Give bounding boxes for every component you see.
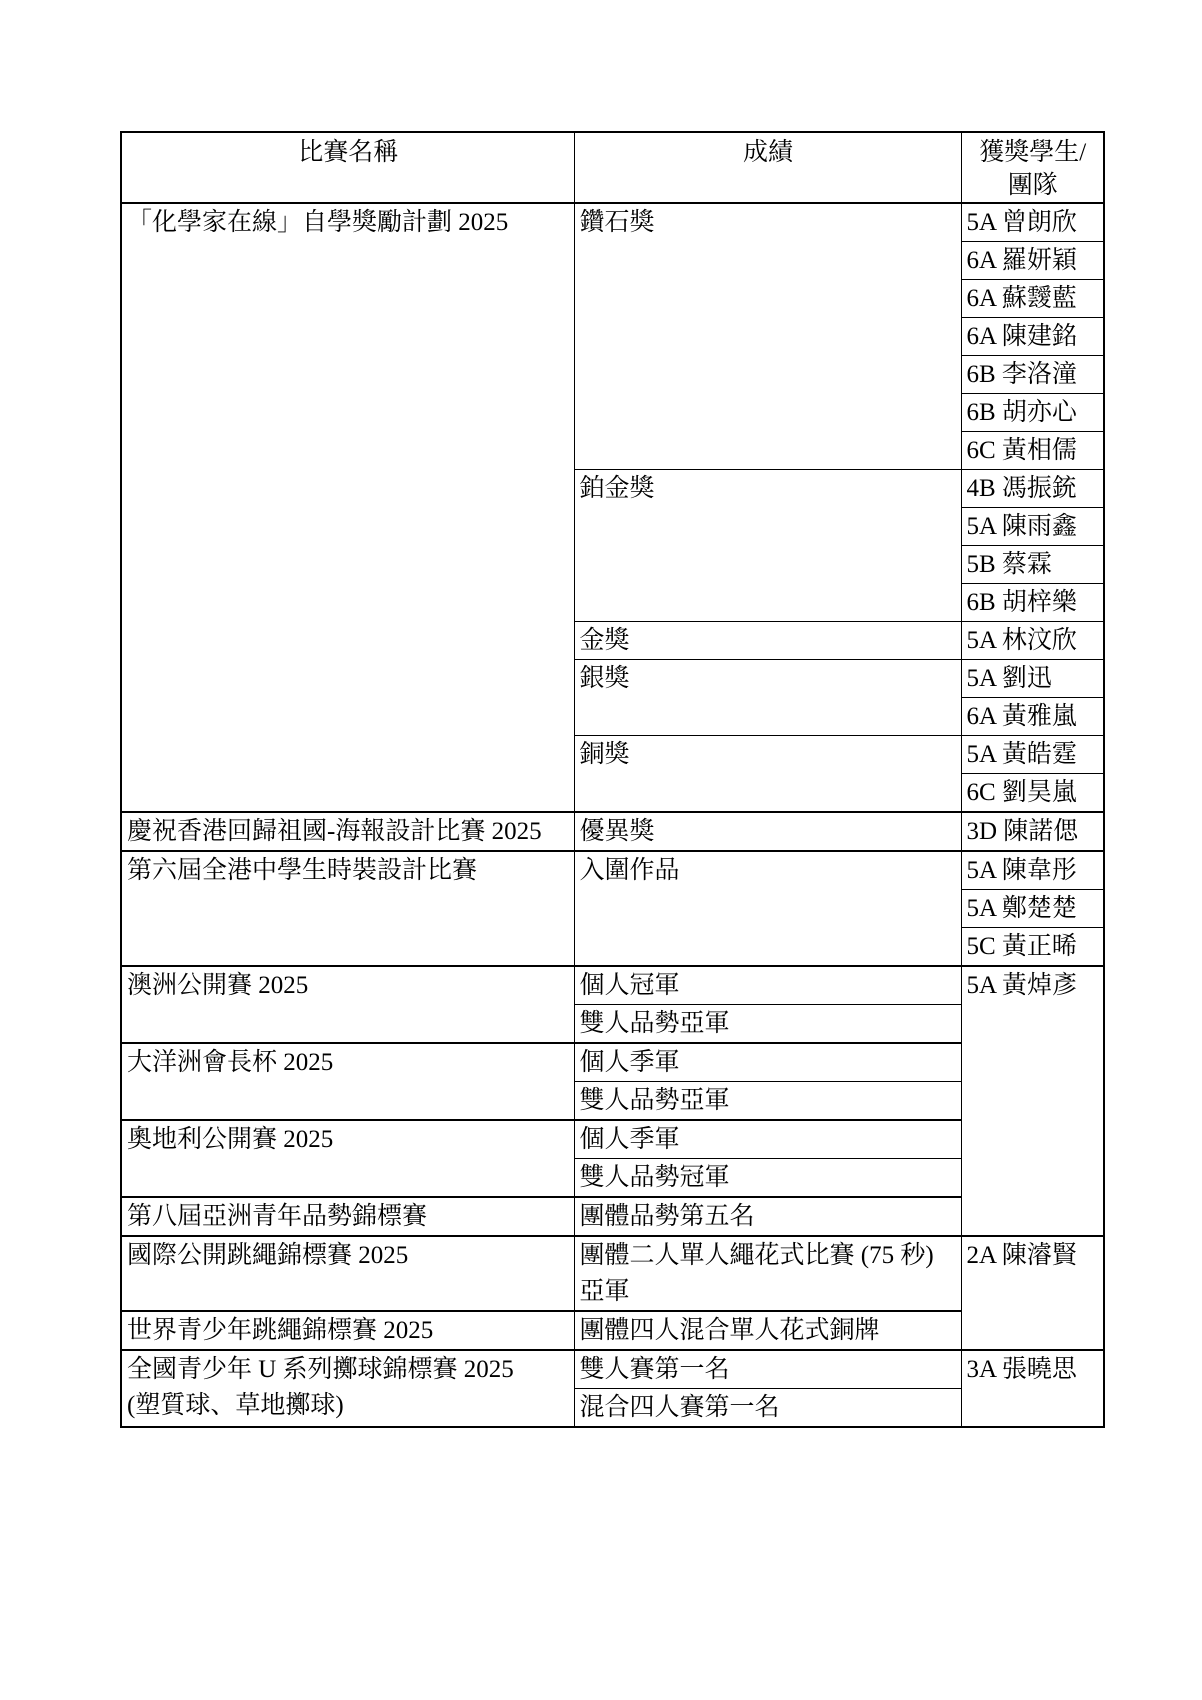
cell-student: 6C 劉昊嵐 bbox=[961, 774, 1104, 813]
table-row: 世界青少年跳繩錦標賽 2025 團體四人混合單人花式銅牌 bbox=[121, 1311, 1104, 1350]
cell-competition-name: 慶祝香港回歸祖國-海報設計比賽 2025 bbox=[121, 812, 574, 851]
table-row: 「化學家在線」自學獎勵計劃 2025 鑽石獎 5A 曾朗欣 bbox=[121, 203, 1104, 242]
cell-student: 5A 黃焯彥 bbox=[961, 966, 1104, 1236]
result-line2: 亞軍 bbox=[580, 1274, 957, 1310]
header-student-line1: 獲獎學生/ bbox=[967, 136, 1100, 169]
cell-student: 2A 陳濬賢 bbox=[961, 1236, 1104, 1350]
cell-competition-name: 全國青少年 U 系列擲球錦標賽 2025 (塑質球、草地擲球) bbox=[121, 1350, 574, 1427]
cell-result: 金獎 bbox=[574, 622, 961, 660]
cell-student: 6B 胡梓樂 bbox=[961, 584, 1104, 622]
table-row: 全國青少年 U 系列擲球錦標賽 2025 (塑質球、草地擲球) 雙人賽第一名 3… bbox=[121, 1350, 1104, 1389]
cell-student: 6C 黃相儒 bbox=[961, 432, 1104, 470]
cell-competition-name: 大洋洲會長杯 2025 bbox=[121, 1043, 574, 1120]
cell-student: 5A 黃皓霆 bbox=[961, 736, 1104, 774]
cell-student: 5A 曾朗欣 bbox=[961, 203, 1104, 242]
cell-student: 6A 蘇靉藍 bbox=[961, 280, 1104, 318]
header-competition: 比賽名稱 bbox=[121, 132, 574, 203]
cell-student: 5A 鄭楚楚 bbox=[961, 890, 1104, 928]
cell-student: 6A 陳建銘 bbox=[961, 318, 1104, 356]
cell-competition-name: 國際公開跳繩錦標賽 2025 bbox=[121, 1236, 574, 1311]
cell-student: 6A 羅妍穎 bbox=[961, 242, 1104, 280]
cell-result: 鑽石獎 bbox=[574, 203, 961, 470]
cell-result: 團體二人單人繩花式比賽 (75 秒) 亞軍 bbox=[574, 1236, 961, 1311]
header-student: 獲獎學生/ 團隊 bbox=[961, 132, 1104, 203]
cell-student: 5A 陳韋彤 bbox=[961, 851, 1104, 890]
cell-student: 4B 馮振銃 bbox=[961, 470, 1104, 508]
result-line1: 團體二人單人繩花式比賽 (75 秒) bbox=[580, 1238, 957, 1274]
cell-result: 銅獎 bbox=[574, 736, 961, 813]
cell-student: 5A 陳雨鑫 bbox=[961, 508, 1104, 546]
cell-student: 3D 陳諾偲 bbox=[961, 812, 1104, 851]
cell-result: 雙人品勢冠軍 bbox=[574, 1159, 961, 1198]
cell-competition-name: 第六屆全港中學生時裝設計比賽 bbox=[121, 851, 574, 966]
cell-result: 銀獎 bbox=[574, 660, 961, 736]
cell-competition-name: 「化學家在線」自學獎勵計劃 2025 bbox=[121, 203, 574, 812]
table-row: 澳洲公開賽 2025 個人冠軍 5A 黃焯彥 bbox=[121, 966, 1104, 1005]
cell-result: 混合四人賽第一名 bbox=[574, 1389, 961, 1428]
cell-result: 雙人品勢亞軍 bbox=[574, 1082, 961, 1121]
cell-student: 5A 林汶欣 bbox=[961, 622, 1104, 660]
table-row: 國際公開跳繩錦標賽 2025 團體二人單人繩花式比賽 (75 秒) 亞軍 2A … bbox=[121, 1236, 1104, 1311]
table-row: 第八屆亞洲青年品勢錦標賽 團體品勢第五名 bbox=[121, 1197, 1104, 1236]
cell-student: 3A 張曉思 bbox=[961, 1350, 1104, 1427]
cell-competition-name: 世界青少年跳繩錦標賽 2025 bbox=[121, 1311, 574, 1350]
awards-table: 比賽名稱 成績 獲獎學生/ 團隊 「化學家在線」自學獎勵計劃 2025 鑽石獎 … bbox=[120, 131, 1105, 1428]
header-result: 成績 bbox=[574, 132, 961, 203]
header-student-line2: 團隊 bbox=[967, 169, 1100, 202]
table-row: 奧地利公開賽 2025 個人季軍 bbox=[121, 1120, 1104, 1159]
cell-student: 6A 黃雅嵐 bbox=[961, 698, 1104, 736]
cell-result: 入圍作品 bbox=[574, 851, 961, 966]
cell-competition-name: 第八屆亞洲青年品勢錦標賽 bbox=[121, 1197, 574, 1236]
cell-student: 6B 李洛潼 bbox=[961, 356, 1104, 394]
cell-result: 個人季軍 bbox=[574, 1120, 961, 1159]
cell-competition-name: 澳洲公開賽 2025 bbox=[121, 966, 574, 1043]
cell-result: 個人季軍 bbox=[574, 1043, 961, 1082]
table-row: 慶祝香港回歸祖國-海報設計比賽 2025 優異獎 3D 陳諾偲 bbox=[121, 812, 1104, 851]
cell-result: 雙人賽第一名 bbox=[574, 1350, 961, 1389]
cell-result: 團體四人混合單人花式銅牌 bbox=[574, 1311, 961, 1350]
cell-student: 5B 蔡霖 bbox=[961, 546, 1104, 584]
cell-result: 雙人品勢亞軍 bbox=[574, 1005, 961, 1044]
cell-student: 6B 胡亦心 bbox=[961, 394, 1104, 432]
cell-student: 5C 黃正晞 bbox=[961, 928, 1104, 967]
cell-result: 鉑金獎 bbox=[574, 470, 961, 622]
cell-result: 優異獎 bbox=[574, 812, 961, 851]
cell-result: 團體品勢第五名 bbox=[574, 1197, 961, 1236]
document-page: 比賽名稱 成績 獲獎學生/ 團隊 「化學家在線」自學獎勵計劃 2025 鑽石獎 … bbox=[0, 0, 1202, 1700]
table-row: 第六屆全港中學生時裝設計比賽 入圍作品 5A 陳韋彤 bbox=[121, 851, 1104, 890]
header-row: 比賽名稱 成績 獲獎學生/ 團隊 bbox=[121, 132, 1104, 203]
cell-student: 5A 劉迅 bbox=[961, 660, 1104, 698]
competition-line2: (塑質球、草地擲球) bbox=[127, 1388, 570, 1424]
table-row: 大洋洲會長杯 2025 個人季軍 bbox=[121, 1043, 1104, 1082]
competition-line1: 全國青少年 U 系列擲球錦標賽 2025 bbox=[127, 1352, 570, 1388]
cell-result: 個人冠軍 bbox=[574, 966, 961, 1005]
cell-competition-name: 奧地利公開賽 2025 bbox=[121, 1120, 574, 1197]
